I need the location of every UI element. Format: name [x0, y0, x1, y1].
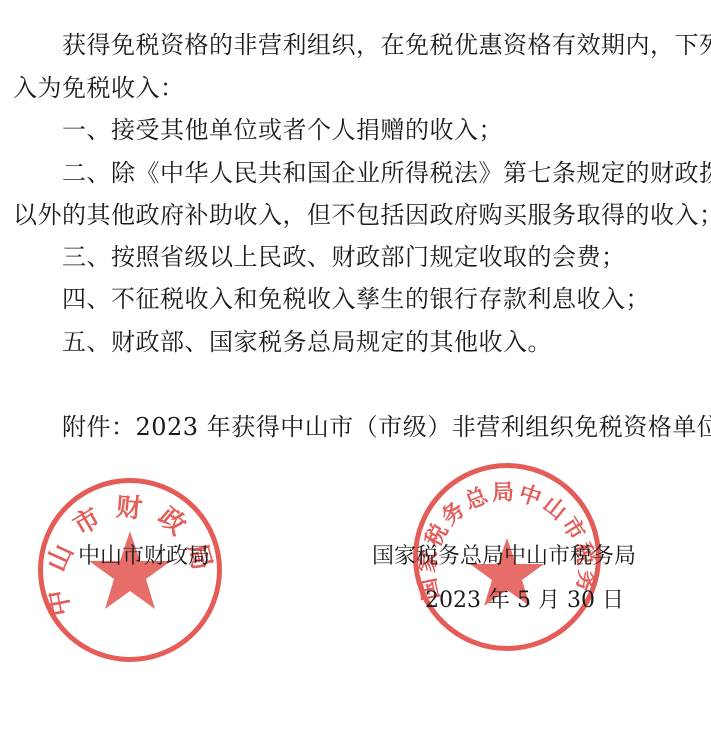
item-3: 三、按照省级以上民政、财政部门规定收取的会费； — [62, 242, 626, 272]
attachment-line: 附件：2023 年获得中山市（市级）非营利组织免税资格单位名单 — [62, 412, 711, 442]
item-2-line-1: 二、除《中华人民共和国企业所得税法》第七条规定的财政拨款 — [62, 158, 711, 188]
signature-date: 2023 年 5 月 30 日 — [425, 587, 624, 615]
item-1: 一、接受其他单位或者个人捐赠的收入； — [62, 115, 503, 145]
signature-tax-bureau: 国家税务总局中山市税务局 — [372, 543, 636, 571]
item-5: 五、财政部、国家税务总局规定的其他收入。 — [62, 327, 552, 357]
intro-line-1: 获得免税资格的非营利组织，在免税优惠资格有效期内，下列收 — [62, 30, 711, 60]
signature-finance-bureau: 中山市财政局 — [78, 543, 210, 571]
item-4: 四、不征税收入和免税收入孳生的银行存款利息收入； — [62, 284, 650, 314]
intro-line-2: 入为免税收入： — [13, 73, 185, 103]
item-2-line-2: 以外的其他政府补助收入，但不包括因政府购买服务取得的收入； — [13, 200, 711, 230]
